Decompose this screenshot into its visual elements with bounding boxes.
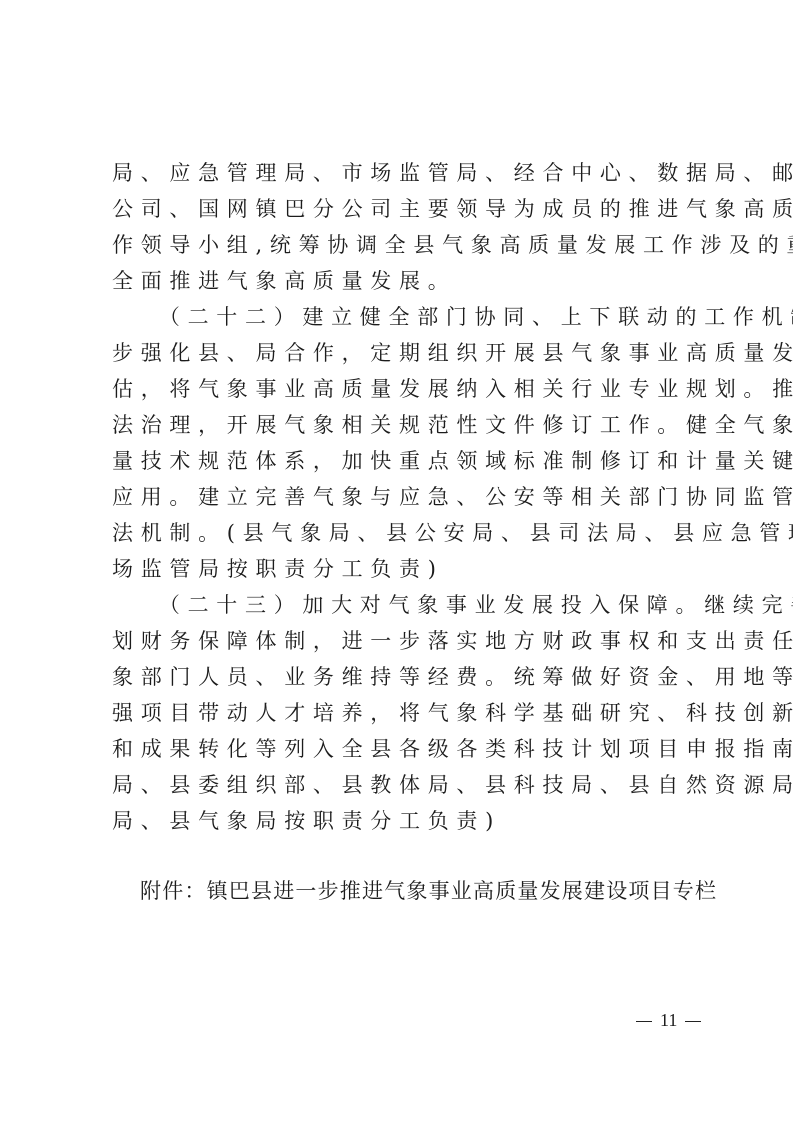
text-line: 公司、国网镇巴分公司主要领导为成员的推进气象高质量发展工 [112,191,702,227]
text-line: 步强化县、局合作，定期组织开展县气象事业高质量发展水平评 [112,335,702,371]
text-line: 场监管局按职责分工负责) [112,551,702,587]
document-page: 局、应急管理局、市场监管局、经合中心、数据局、邮政镇巴分 公司、国网镇巴分公司主… [0,0,793,1122]
section-22-heading-line: （二十二）建立健全部门协同、上下联动的工作机制。进一 [112,299,702,335]
page-number: 11 [628,1008,709,1032]
text-line: 全面推进气象高质量发展。 [112,263,702,299]
text-line: 应用。建立完善气象与应急、公安等相关部门协同监管和联合执 [112,479,702,515]
text-line: 量技术规范体系，加快重点领域标准制修订和计量关键技术研究 [112,443,702,479]
dash-right [685,1021,701,1022]
text-line: 作领导小组,统筹协调全县气象高质量发展工作涉及的重大问题, [112,227,702,263]
attachment-note: 附件：镇巴县进一步推进气象事业高质量发展建设项目专栏 [140,873,717,909]
dash-left [636,1021,652,1022]
text-line: 局、县气象局按职责分工负责) [112,803,702,839]
text-line: 强项目带动人才培养，将气象科学基础研究、科技创新团队建设 [112,695,702,731]
text-line: 局、县委组织部、县教体局、县科技局、县自然资源局、县林业 [112,767,702,803]
text-line: 局、应急管理局、市场监管局、经合中心、数据局、邮政镇巴分 [112,155,702,191]
text-line: 法治理，开展气象相关规范性文件修订工作。健全气象标准和计 [112,407,702,443]
text-line: 估，将气象事业高质量发展纳入相关行业专业规划。推进气象依 [112,371,702,407]
text-line: 象部门人员、业务维持等经费。统筹做好资金、用地等保障。加 [112,659,702,695]
section-23-heading-line: （二十三）加大对气象事业发展投入保障。继续完善双重计 [112,587,702,623]
text-line: 法机制。(县气象局、县公安局、县司法局、县应急管理局、县市 [112,515,702,551]
page-number-value: 11 [660,1010,677,1030]
body-text: 局、应急管理局、市场监管局、经合中心、数据局、邮政镇巴分 公司、国网镇巴分公司主… [112,155,702,839]
text-line: 和成果转化等列入全县各级各类科技计划项目申报指南。(县财政 [112,731,702,767]
text-line: 划财务保障体制，进一步落实地方财政事权和支出责任，落实气 [112,623,702,659]
